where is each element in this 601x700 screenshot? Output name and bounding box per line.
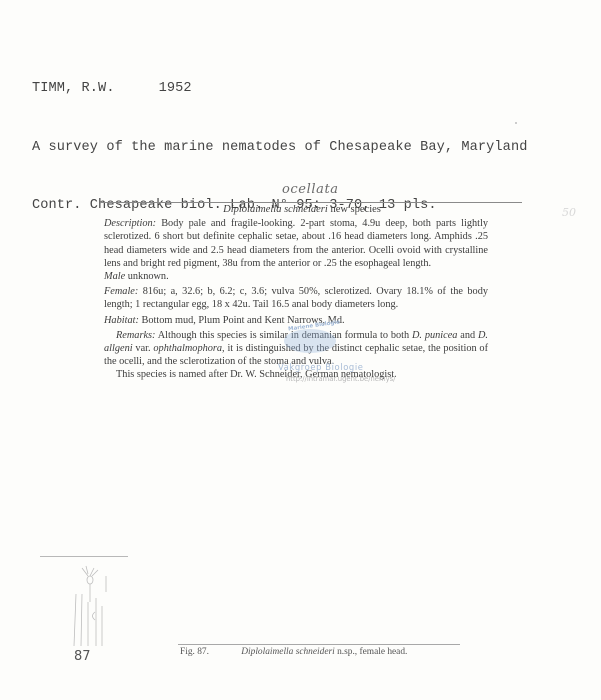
author: TIMM, R.W. xyxy=(32,81,115,96)
habitat-paragraph: Habitat: Bottom mud, Plum Point and Kent… xyxy=(104,314,488,327)
scan-speck xyxy=(515,122,517,124)
figure-number: 87 xyxy=(74,649,91,664)
remarks-text: var. xyxy=(135,343,150,354)
nematode-head-drawing xyxy=(62,562,122,652)
publication-year: 1952 xyxy=(159,81,192,96)
habitat-label: Habitat: xyxy=(104,315,139,326)
remarks-label: Remarks: xyxy=(116,330,155,341)
species-ref: D. punicea xyxy=(412,330,457,341)
species-status: new species xyxy=(330,204,380,215)
faint-page-mark: 50 xyxy=(562,206,576,219)
male-label: Male xyxy=(104,271,125,282)
description-text: Body pale and fragile-looking. 2-part st… xyxy=(104,218,488,269)
caption-species: Diplolaimella schneideri xyxy=(241,647,334,657)
remarks-paragraph: Remarks: Although this species is simila… xyxy=(104,329,488,369)
remarks-text: and xyxy=(460,330,475,341)
remarks-text: Although this species is similar in dema… xyxy=(158,330,409,341)
variety-ref: ophthalmophora, xyxy=(153,343,224,354)
species-description-clipping: Diplolaimella schneideri new species Des… xyxy=(104,203,488,382)
description-label: Description: xyxy=(104,218,156,229)
author-line: TIMM, R.W.1952 xyxy=(32,79,527,99)
male-paragraph: Male unknown. xyxy=(104,270,488,283)
caption-label: Fig. 87. xyxy=(180,647,209,657)
caption-rule xyxy=(178,644,460,645)
species-heading: Diplolaimella schneideri new species xyxy=(104,203,488,216)
naming-paragraph: This species is named after Dr. W. Schne… xyxy=(104,368,488,381)
figure-top-rule xyxy=(40,556,128,557)
caption-text: n.sp., female head. xyxy=(337,647,407,657)
handwritten-annotation: ocellata xyxy=(282,182,339,197)
publication-title: A survey of the marine nematodes of Ches… xyxy=(32,138,527,158)
figure-caption: Fig. 87. Diplolaimella schneideri n.sp.,… xyxy=(180,647,407,657)
female-paragraph: Female: 816u; a, 32.6; b, 6.2; c, 3.6; v… xyxy=(104,285,488,311)
species-name: Diplolaimella schneideri xyxy=(223,204,328,215)
female-label: Female: xyxy=(104,286,138,297)
description-paragraph: Description: Body pale and fragile-looki… xyxy=(104,217,488,270)
female-text: 816u; a, 32.6; b, 6.2; c, 3.6; vulva 50%… xyxy=(104,286,488,310)
habitat-text: Bottom mud, Plum Point and Kent Narrows,… xyxy=(141,315,344,326)
male-text: unknown. xyxy=(128,271,169,282)
